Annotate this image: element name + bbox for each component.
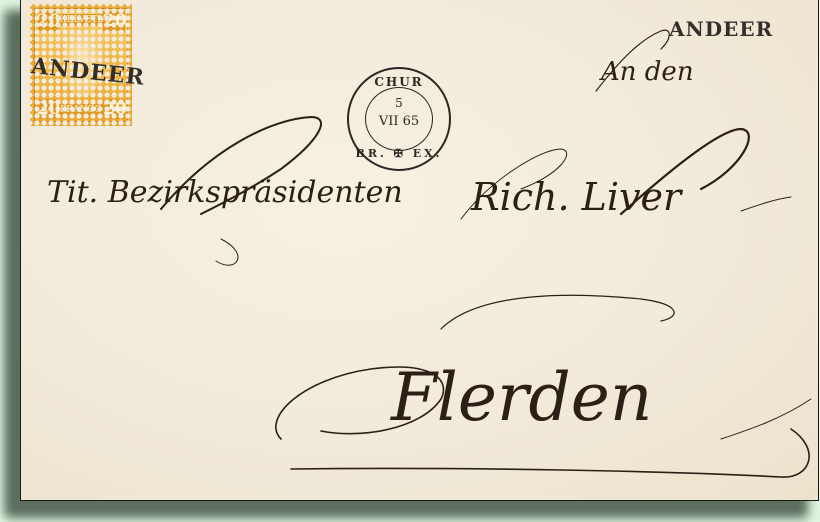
stamp-inscription: FRANCO bbox=[59, 104, 103, 116]
stamp-value-bottom-left: 20 bbox=[37, 99, 59, 119]
address-place: Flerden bbox=[391, 359, 652, 436]
postmark-bottom-text: BR. ✠ EX. bbox=[349, 147, 449, 160]
town-cancellation: ANDEER bbox=[669, 17, 773, 41]
address-name: Rich. Liver bbox=[471, 175, 681, 219]
stamp-value-top-left: 20 bbox=[37, 11, 59, 31]
stamp-value-bottom-right: 20 bbox=[103, 99, 125, 119]
postmark-date: VII 65 bbox=[366, 114, 432, 129]
address-salutation: An den bbox=[601, 57, 694, 87]
postmark-day: 5 bbox=[366, 96, 432, 110]
envelope: 20 20 20 20 HELVETIA FRANCO ANDEER ANDEE… bbox=[20, 0, 819, 501]
circular-postmark: CHUR 5 VII 65 BR. ✠ EX. bbox=[347, 67, 451, 171]
postmark-inner-ring: 5 VII 65 bbox=[365, 87, 433, 151]
address-title: Tit. Bezirkspräsidenten bbox=[47, 175, 403, 210]
stamp-country: HELVETIA bbox=[59, 14, 103, 26]
